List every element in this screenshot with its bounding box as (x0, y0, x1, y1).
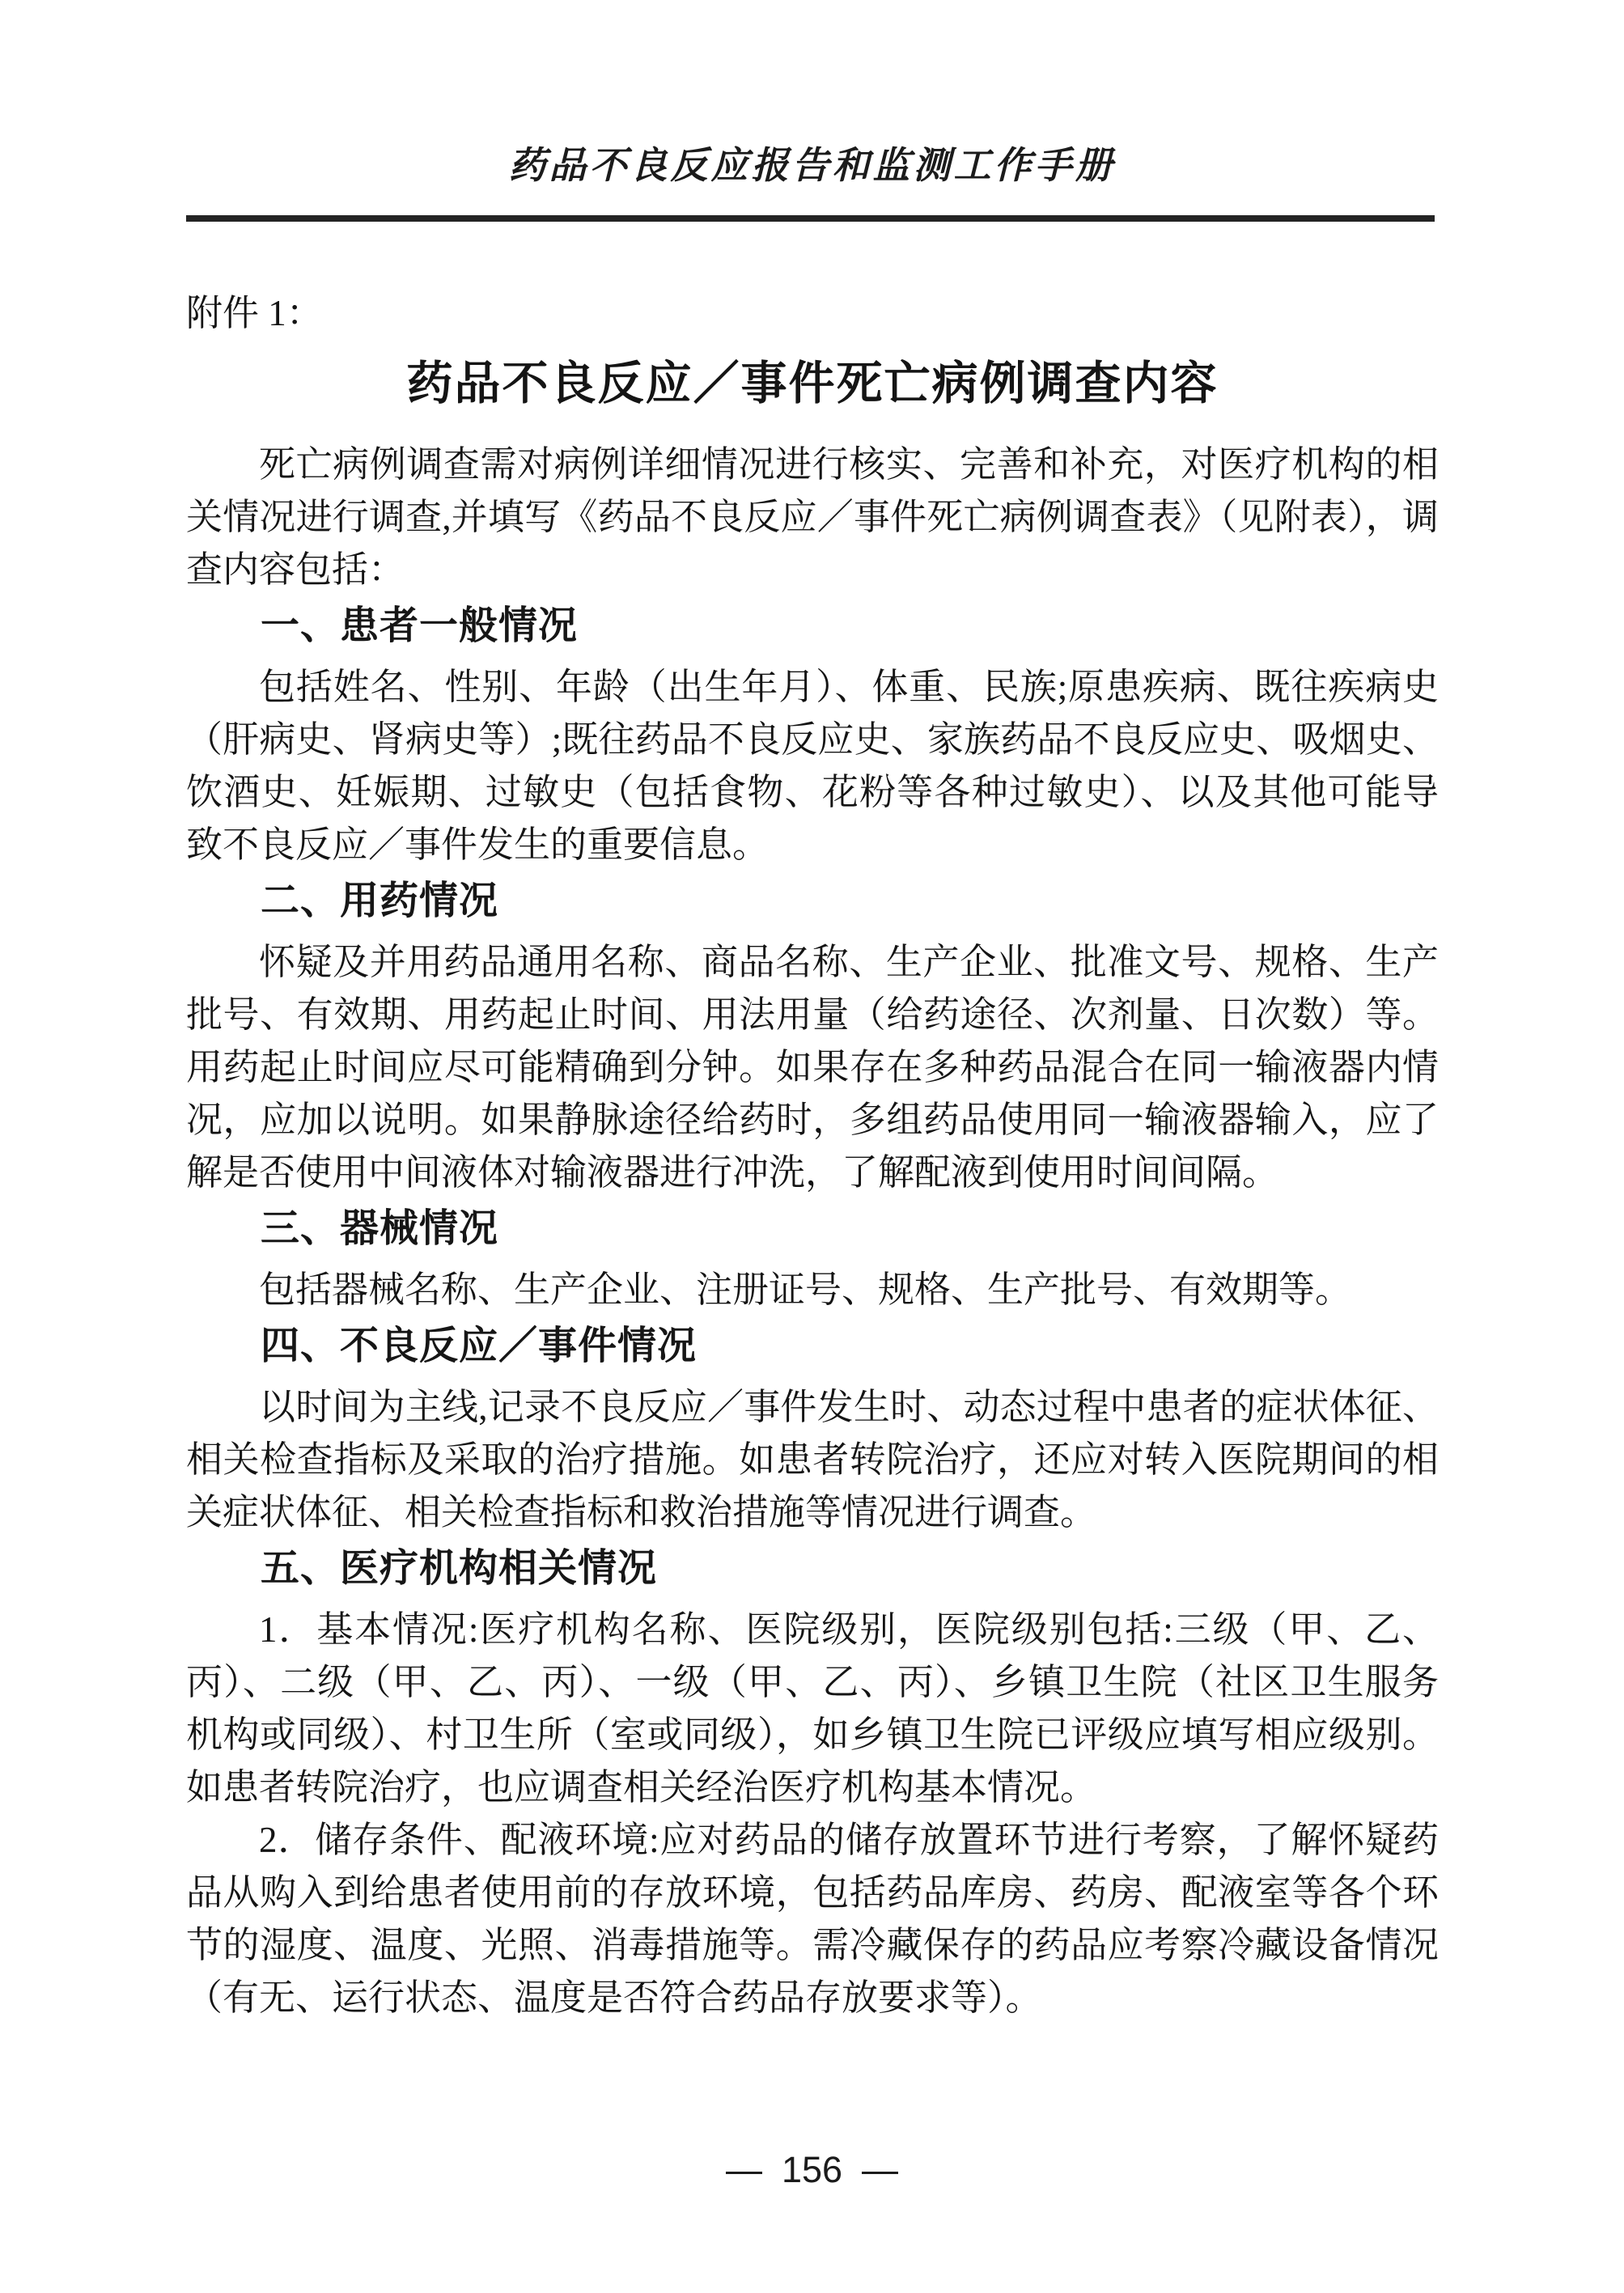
section-heading-medical-institution: 五、医疗机构相关情况 (186, 1541, 1439, 1597)
footer-left-dash: — (726, 2149, 762, 2190)
section-heading-patient-general: 一、患者一般情况 (186, 598, 1439, 655)
section-heading-medication: 二、用药情况 (186, 873, 1439, 930)
section-paragraph: 怀疑及并用药品通用名称、商品名称、生产企业、批准文号、规格、生产批号、有效期、用… (186, 936, 1439, 1199)
section-heading-device: 三、器械情况 (186, 1201, 1439, 1257)
section-paragraph: 2．储存条件、配液环境:应对药品的储存放置环节进行考察，了解怀疑药品从购入到给患… (186, 1814, 1439, 2024)
section-paragraph: 包括姓名、性别、年龄（出生年月）、体重、民族;原患疾病、既往疾病史（肝病史、肾病… (186, 661, 1439, 871)
document-page: 药品不良反应报告和监测工作手册 附件 1： 药品不良反应／事件死亡病例调查内容 … (0, 0, 1624, 2293)
document-body: 附件 1： 药品不良反应／事件死亡病例调查内容 死亡病例调查需对病例详细情况进行… (186, 285, 1439, 2024)
header-rule (186, 215, 1435, 222)
attachment-label: 附件 1： (186, 285, 1439, 341)
page-footer: —156— (0, 2149, 1624, 2191)
intro-paragraph: 死亡病例调查需对病例详细情况进行核实、完善和补充，对医疗机构的相关情况进行调查,… (186, 439, 1439, 596)
document-title: 药品不良反应／事件死亡病例调查内容 (186, 351, 1439, 417)
section-paragraph: 1．基本情况:医疗机构名称、医院级别，医院级别包括:三级（甲、乙、丙）、二级（甲… (186, 1604, 1439, 1814)
section-paragraph: 以时间为主线,记录不良反应／事件发生时、动态过程中患者的症状体征、相关检查指标及… (186, 1381, 1439, 1539)
section-paragraph: 包括器械名称、生产企业、注册证号、规格、生产批号、有效期等。 (186, 1264, 1439, 1316)
page-number: 156 (782, 2149, 842, 2190)
running-header-title: 药品不良反应报告和监测工作手册 (0, 136, 1624, 189)
footer-right-dash: — (862, 2149, 898, 2190)
section-heading-adverse-event: 四、不良反应／事件情况 (186, 1318, 1439, 1375)
